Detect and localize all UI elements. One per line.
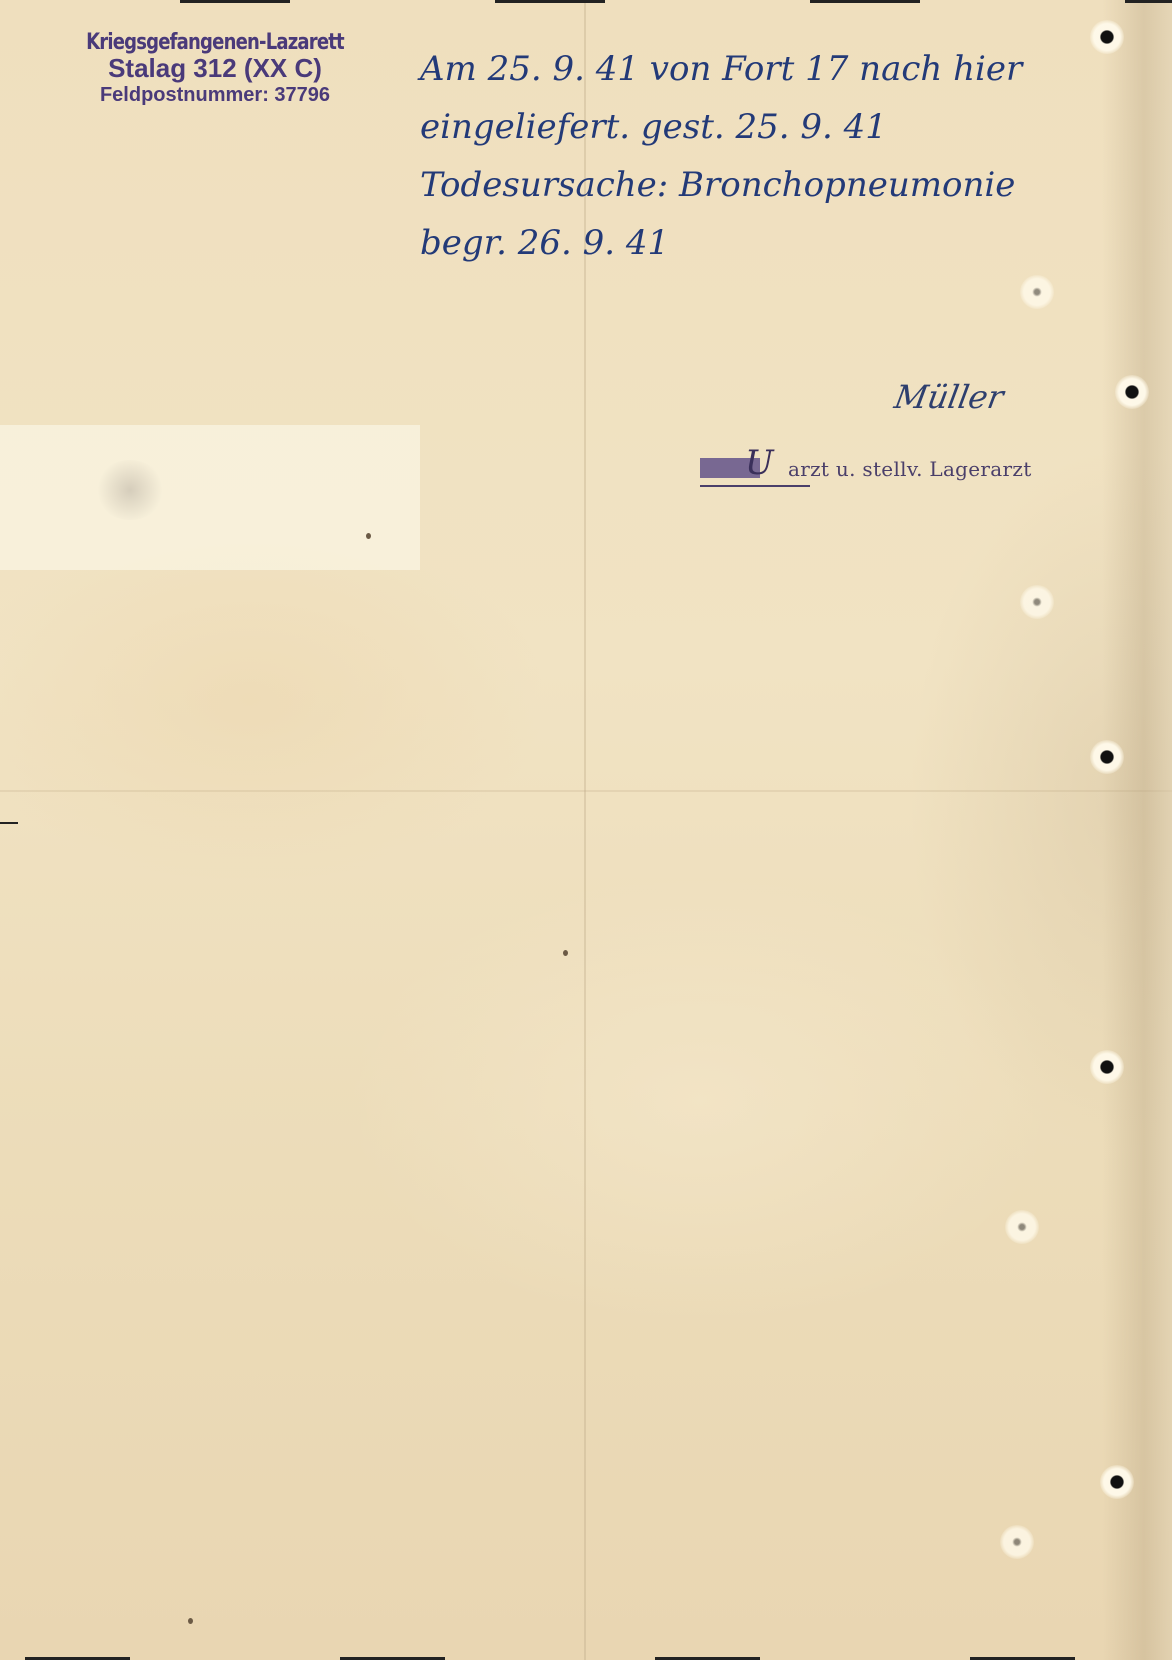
punch-hole-icon [1090,740,1124,774]
note-line-death-date: eingeliefert. gest. 25. 9. 41 [420,98,1160,156]
punch-hole-icon [1020,275,1054,309]
punch-hole-icon [1090,1050,1124,1084]
edge-mark [495,0,605,3]
punch-hole-icon [1100,1465,1134,1499]
physician-title-stamp: U arzt u. stellv. Lagerarzt [700,455,1060,495]
stamp-line-hospital: Kriegsgefangenen-Lazarett [84,30,346,55]
speck-mark [188,1618,193,1624]
punch-hole-icon [1115,375,1149,409]
stamp-line-feldpost: Feldpostnummer: 37796 [55,84,375,107]
edge-mark [1125,0,1172,3]
stamp-initial: U [745,443,774,483]
punch-hole-icon [1000,1525,1034,1559]
stamp-physician-title: arzt u. stellv. Lagerarzt [788,457,1032,481]
horizontal-fold-line [0,790,1172,792]
note-line-cause-of-death: Todesursache: Bronchopneumonie [420,156,1160,214]
handwritten-note: Am 25. 9. 41 von Fort 17 nach hier einge… [420,40,1160,272]
punch-hole-icon [1090,20,1124,54]
note-line-admission: Am 25. 9. 41 von Fort 17 nach hier [420,40,1160,98]
punch-hole-icon [1005,1210,1039,1244]
stamp-line-stalag: Stalag 312 (XX C) [55,53,375,84]
edge-mark [810,0,920,3]
smudge-mark [95,460,165,520]
signature: Müller [892,378,1007,416]
speck-mark [366,533,371,539]
hospital-stamp: Kriegsgefangenen-Lazarett Stalag 312 (XX… [55,30,375,107]
speck-mark [563,950,568,956]
edge-mark [180,0,290,3]
punch-hole-icon [1020,585,1054,619]
edge-mark [0,822,18,824]
stamp-underline [700,485,810,487]
note-line-burial-date: begr. 26. 9. 41 [420,214,1160,272]
pale-paper-patch [0,425,420,570]
